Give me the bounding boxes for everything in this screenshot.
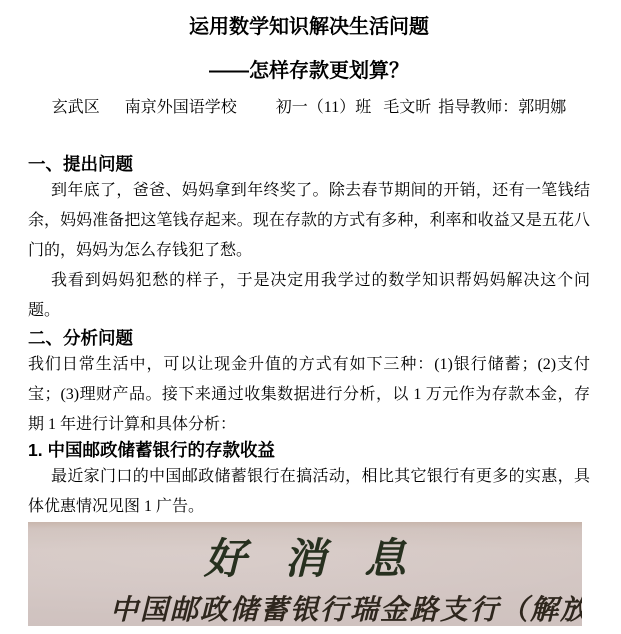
document-subtitle: ——怎样存款更划算？ (28, 58, 590, 84)
paragraph-help-mother: 我看到妈妈犯愁的样子，于是决定用我学过的数学知识帮妈妈解决这个问题。 (28, 266, 590, 326)
subsection-heading-postal-bank: 1. 中国邮政储蓄银行的存款收益 (28, 438, 590, 462)
byline-school: 南京外国语学校 (125, 98, 237, 118)
section-heading-analyze-question: 二、分析问题 (28, 326, 590, 350)
photo-good-news-headline: 好消息 (28, 535, 582, 583)
photo-bank-branch-line: 中国邮政储蓄银行瑞金路支行（解放路89 (110, 592, 582, 626)
document-title: 运用数学知识解决生活问题 (28, 14, 590, 40)
figure-1-advertisement-photo: 好消息 中国邮政储蓄银行瑞金路支行（解放路89 (28, 522, 582, 626)
byline: 玄武区 南京外国语学校 初一（11）班 毛文昕 指导教师：郭明娜 (28, 98, 590, 118)
byline-author: 毛文昕 (383, 98, 431, 118)
document-page: 运用数学知识解决生活问题 ——怎样存款更划算？ 玄武区 南京外国语学校 初一（1… (0, 14, 621, 626)
paragraph-bank-promotion: 最近家门口的中国邮政储蓄银行在搞活动，相比其它银行有更多的实惠，具体优惠情况见图… (28, 462, 590, 522)
paragraph-year-end-bonus: 到年底了，爸爸、妈妈拿到年终奖了。除去春节期间的开销，还有一笔钱结余，妈妈准备把… (28, 176, 590, 266)
paragraph-three-ways: 我们日常生活中，可以让现金升值的方式有如下三种：(1)银行储蓄；(2)支付宝；(… (28, 350, 590, 440)
byline-class: 初一（11）班 (276, 98, 371, 118)
byline-district: 玄武区 (52, 98, 100, 118)
section-heading-raise-question: 一、提出问题 (28, 152, 590, 176)
byline-advisor: 指导教师：郭明娜 (438, 98, 566, 118)
